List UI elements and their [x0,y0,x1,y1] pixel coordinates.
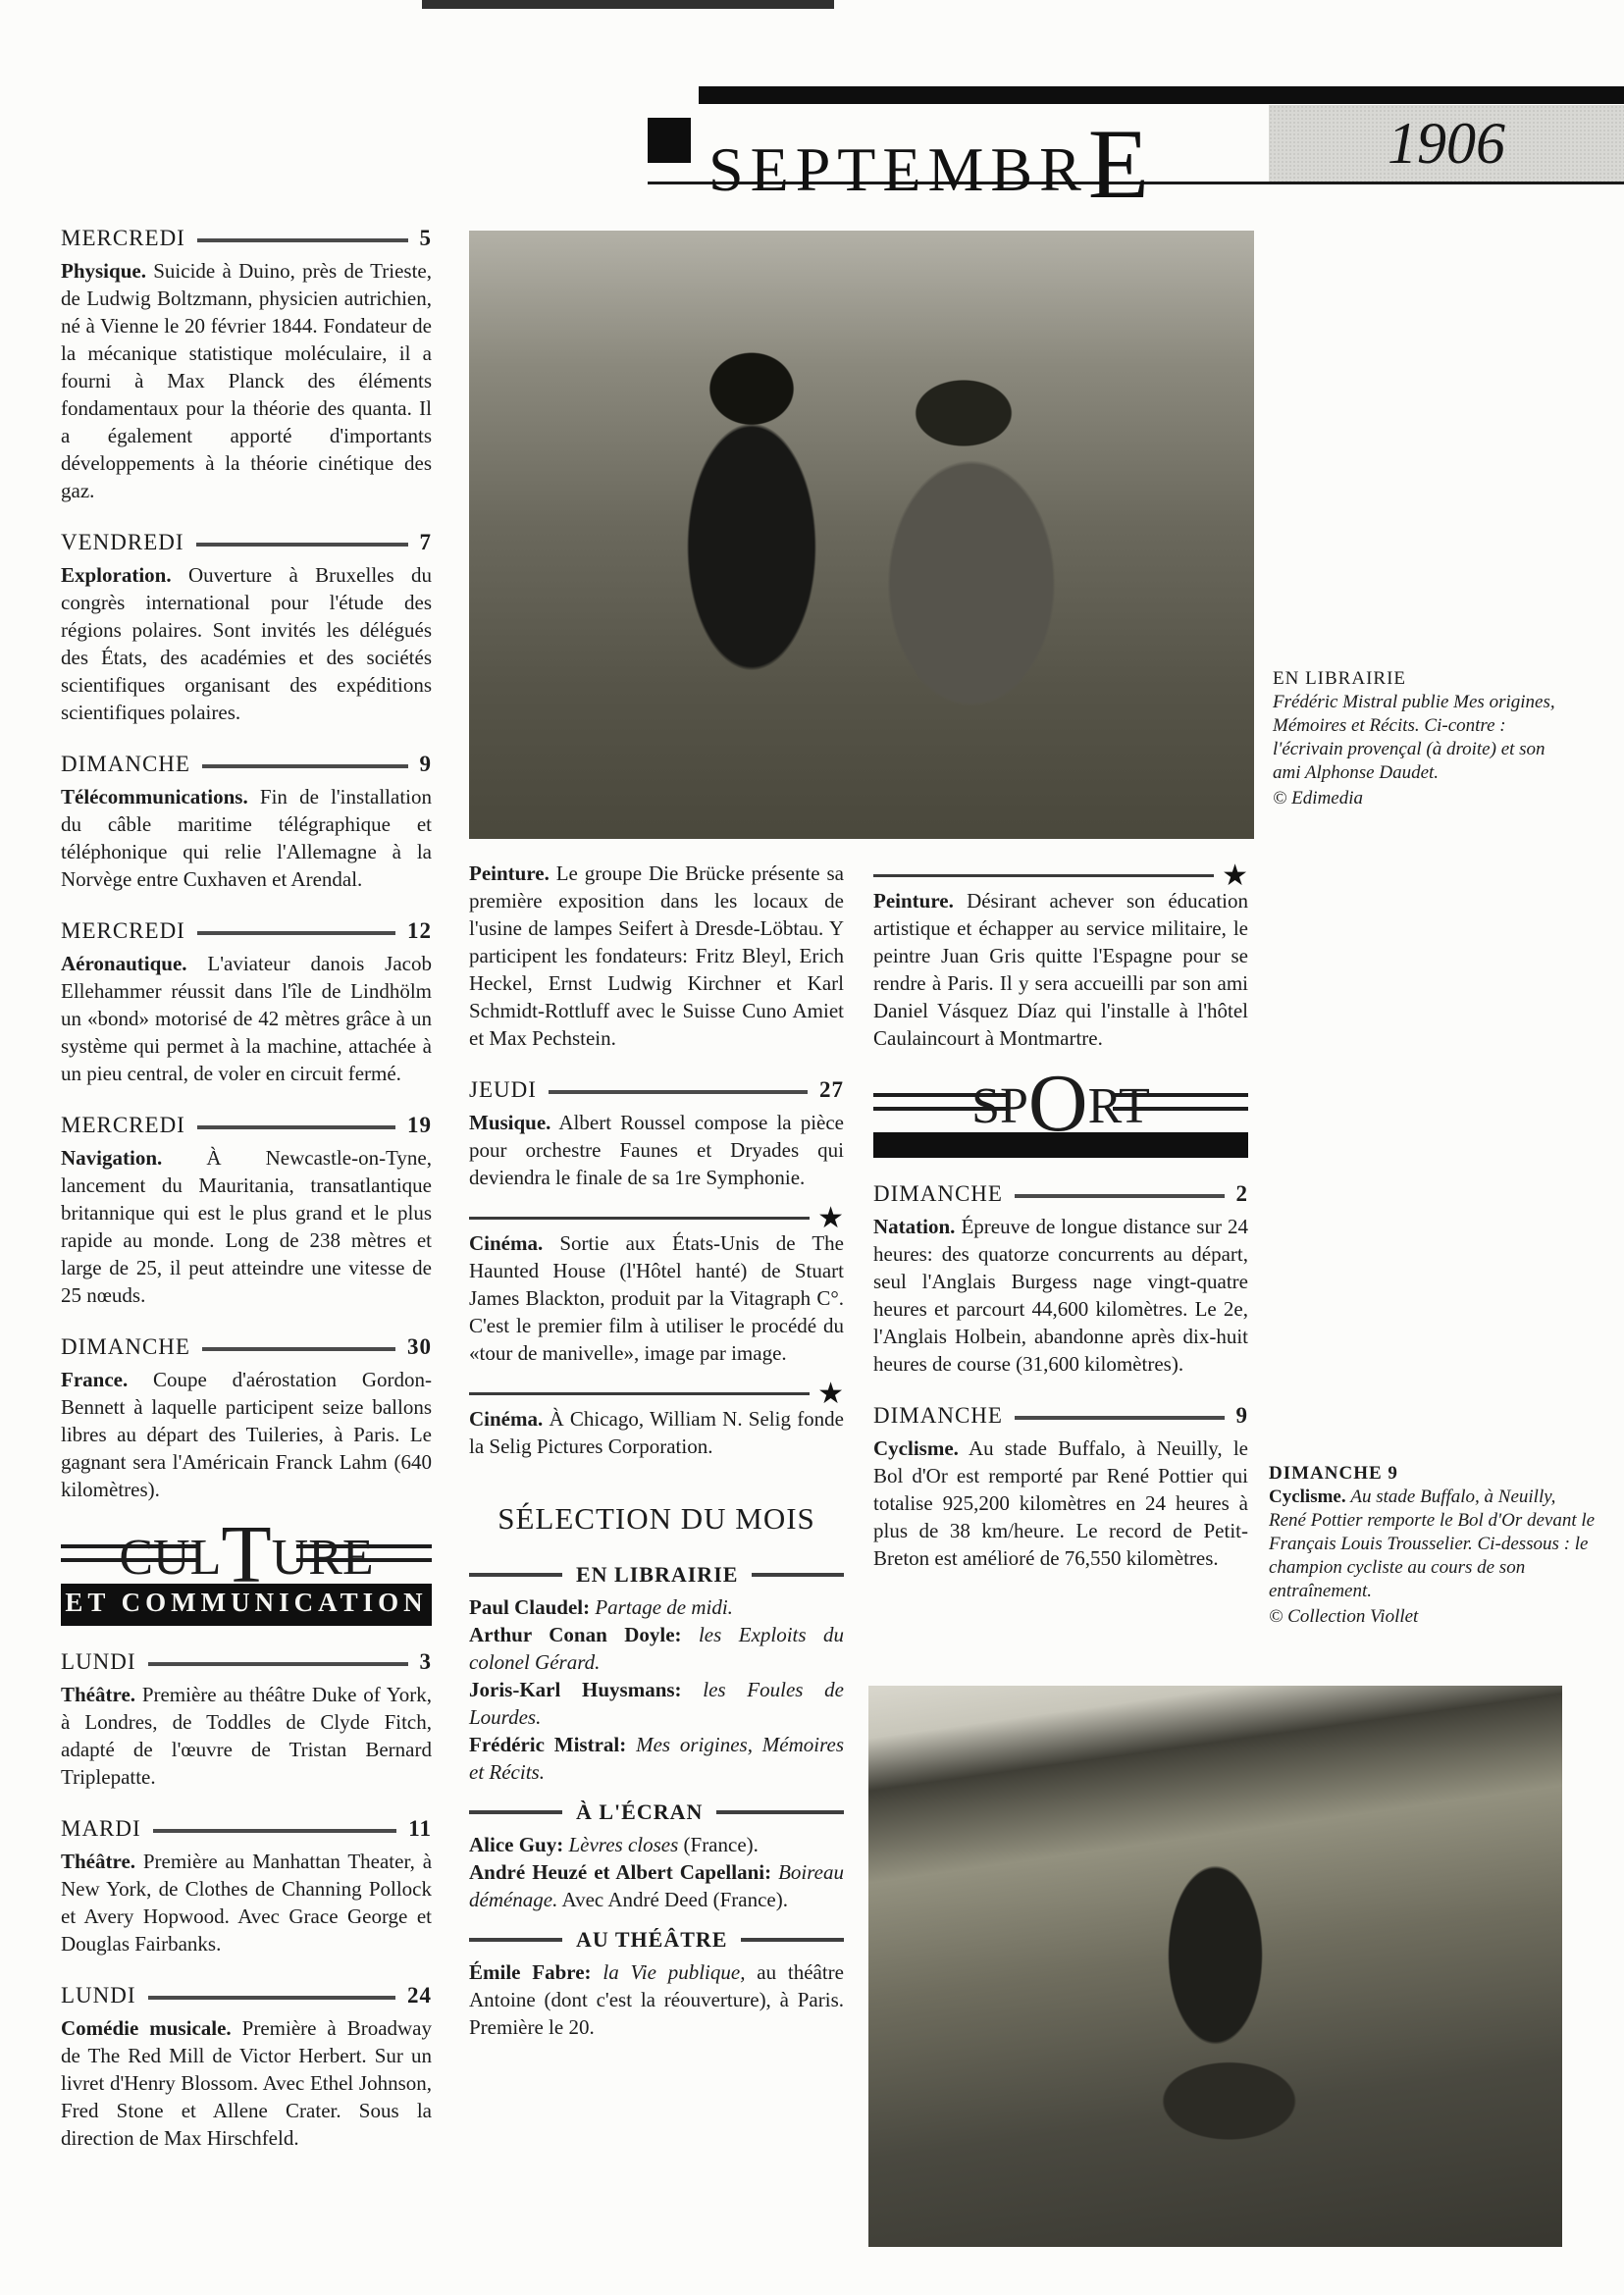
event-topic: Peinture. [873,889,954,913]
selection-subheading: À L'ÉCRAN [469,1799,844,1825]
event-entry: DIMANCHE 9 Télécommunications. Fin de l'… [61,752,432,893]
day-name: LUNDI [61,1649,136,1675]
film-item: Alice Guy: Lèvres closes (France). [469,1831,844,1858]
day-rule [1015,1194,1225,1198]
event-topic: Comédie musicale. [61,2016,232,2040]
month-title: SEPTEMBR [708,134,1088,204]
day-heading: MERCREDI 5 [61,226,432,251]
day-number: 24 [407,1983,432,2008]
sport-title: SPORT [971,1081,1150,1132]
selection-subheading-label: À L'ÉCRAN [576,1799,703,1825]
day-name: DIMANCHE [873,1403,1003,1429]
event-text: Peinture. Le groupe Die Brücke présente … [469,860,844,1052]
film-rest: (France). [678,1833,759,1856]
book-author: Paul Claudel: [469,1595,590,1619]
book-author: Arthur Conan Doyle: [469,1623,682,1646]
day-number: 19 [407,1113,432,1138]
film-rest: Avec André Deed (France). [557,1888,788,1911]
rule-line [469,1217,810,1220]
day-rule [148,1662,408,1666]
event-text: Aéronautique. L'aviateur danois Jacob El… [61,950,432,1087]
event-entry: Cinéma. Sortie aux États-Unis de The Hau… [469,1229,844,1367]
day-rule [148,1996,395,2000]
event-topic: Théâtre. [61,1850,135,1873]
event-entry: Cinéma. À Chicago, William N. Selig fond… [469,1405,844,1460]
sport-banner: SPORT [873,1081,1248,1158]
caption-label: EN LIBRAIRIE [1273,667,1567,691]
day-name: MERCREDI [61,226,185,251]
book-item: Joris-Karl Huysmans: les Foules de Lourd… [469,1676,844,1731]
selection-subheading-label: EN LIBRAIRIE [576,1562,738,1588]
rule-line [469,1810,562,1814]
film-item: André Heuzé et Albert Capellani: Boireau… [469,1858,844,1913]
day-name: MERCREDI [61,1113,185,1138]
day-heading: VENDREDI 7 [61,530,432,555]
event-body: À Newcastle-on-Tyne, lancement du Maurit… [61,1146,432,1307]
event-text: Théâtre. Première au Manhattan Theater, … [61,1848,432,1957]
culture-banner: CULTURE ET COMMUNICATION [61,1533,432,1626]
photo-mistral-daudet [469,231,1254,839]
caption-credit: © Edimedia [1273,787,1567,810]
day-number: 12 [407,918,432,944]
day-name: DIMANCHE [61,1334,190,1360]
event-body: Le groupe Die Brücke présente sa premièr… [469,861,844,1050]
event-entry: MERCREDI 12 Aéronautique. L'aviateur dan… [61,918,432,1087]
event-entry: Peinture. Le groupe Die Brücke présente … [469,860,844,1052]
caption-lead: Cyclisme. [1269,1487,1346,1507]
day-name: LUNDI [61,1983,136,2008]
event-body: Suicide à Duino, près de Trieste, de Lud… [61,259,432,502]
day-heading: LUNDI 24 [61,1983,432,2008]
event-topic: Aéronautique. [61,952,187,975]
event-topic: Télécommunications. [61,785,248,808]
event-body: Ouverture à Bruxelles du congrès interna… [61,563,432,724]
day-heading: MERCREDI 19 [61,1113,432,1138]
event-entry: MERCREDI 19 Navigation. À Newcastle-on-T… [61,1113,432,1309]
day-rule [1015,1416,1225,1420]
book-item: Arthur Conan Doyle: les Exploits du colo… [469,1621,844,1676]
event-text: Théâtre. Première au théâtre Duke of Yor… [61,1681,432,1791]
film-title: Lèvres closes [568,1833,678,1856]
month-square-icon [648,118,691,163]
event-text: Télécommunications. Fin de l'installatio… [61,783,432,893]
day-number: 9 [1236,1403,1249,1429]
star-rule: ★ [469,1392,844,1395]
page-title: SEPTEMBRE [708,108,1149,208]
day-rule [153,1829,397,1833]
event-topic: France. [61,1368,128,1391]
event-topic: Théâtre. [61,1683,135,1706]
photo-caption-librairie: EN LIBRAIRIE Frédéric Mistral publie Mes… [1273,667,1567,810]
day-name: VENDREDI [61,530,184,555]
header-black-bar [699,86,1624,104]
book-author: Joris-Karl Huysmans: [469,1678,682,1701]
event-topic: Navigation. [61,1146,162,1170]
day-heading: LUNDI 3 [61,1649,432,1675]
event-topic: Natation. [873,1215,955,1238]
theatre-title: la Vie publique, [602,1960,745,1984]
selection-title: SÉLECTION DU MOIS [469,1501,844,1537]
day-name: MARDI [61,1816,141,1842]
rule-line [752,1573,844,1577]
day-heading: JEUDI 27 [469,1077,844,1103]
day-number: 30 [407,1334,432,1360]
event-entry: DIMANCHE 30 France. Coupe d'aérostation … [61,1334,432,1503]
theatre-author: Émile Fabre: [469,1960,592,1984]
film-author: André Heuzé et Albert Capellani: [469,1860,771,1884]
rule-line [873,874,1214,877]
day-rule [197,1125,395,1129]
event-text: Peinture. Désirant achever son éducation… [873,887,1248,1052]
event-entry: DIMANCHE 9 Cyclisme. Au stade Buffalo, à… [873,1403,1248,1572]
event-topic: Cyclisme. [873,1436,959,1460]
event-entry: Peinture. Désirant achever son éducation… [873,887,1248,1052]
event-text: Natation. Épreuve de longue distance sur… [873,1213,1248,1378]
day-number: 5 [420,226,433,251]
event-entry: JEUDI 27 Musique. Albert Roussel compose… [469,1077,844,1191]
day-number: 27 [819,1077,844,1103]
event-entry: MERCREDI 5 Physique. Suicide à Duino, pr… [61,226,432,504]
event-entry: LUNDI 24 Comédie musicale. Première à Br… [61,1983,432,2152]
rule-line [741,1938,844,1942]
day-rule [197,238,408,242]
photo-cyclist-pottier [868,1686,1562,2247]
event-entry: MARDI 11 Théâtre. Première au Manhattan … [61,1816,432,1957]
selection-subheading: AU THÉÂTRE [469,1927,844,1953]
day-name: JEUDI [469,1077,537,1103]
left-column: MERCREDI 5 Physique. Suicide à Duino, pr… [61,226,432,2177]
day-rule [197,931,395,935]
year-label: 1906 [1388,110,1505,178]
day-name: MERCREDI [61,918,185,944]
event-text: Cinéma. Sortie aux États-Unis de The Hau… [469,1229,844,1367]
film-author: Alice Guy: [469,1833,563,1856]
day-number: 3 [420,1649,433,1675]
event-text: Cinéma. À Chicago, William N. Selig fond… [469,1405,844,1460]
year-badge: 1906 [1269,105,1624,183]
culture-title-part: CUL [119,1530,221,1586]
day-heading: DIMANCHE 30 [61,1334,432,1360]
rule-line [716,1810,844,1814]
day-name: DIMANCHE [873,1181,1003,1207]
page-top-bleed [422,0,834,9]
right-column: ★ Peinture. Désirant achever son éducati… [873,874,1248,1597]
event-topic: Physique. [61,259,146,283]
caption-text: Cyclisme. Au stade Buffalo, à Neuilly, R… [1269,1486,1598,1603]
star-rule: ★ [469,1217,844,1220]
event-entry: DIMANCHE 2 Natation. Épreuve de longue d… [873,1181,1248,1378]
event-text: Physique. Suicide à Duino, près de Tries… [61,257,432,504]
day-rule [202,1347,395,1351]
day-number: 11 [408,1816,432,1842]
rule-line [469,1938,562,1942]
event-topic: Exploration. [61,563,172,587]
culture-title-big-letter: T [221,1509,271,1600]
event-entry: LUNDI 3 Théâtre. Première au théâtre Duk… [61,1649,432,1791]
culture-title-part: URE [272,1530,374,1586]
theatre-item: Émile Fabre: la Vie publique, au théâtre… [469,1958,844,2041]
day-number: 2 [1236,1181,1249,1207]
selection-subheading: EN LIBRAIRIE [469,1562,844,1588]
event-text: Navigation. À Newcastle-on-Tyne, lanceme… [61,1144,432,1309]
culture-title: CULTURE [119,1533,373,1584]
rule-line [469,1392,810,1395]
day-rule [549,1090,808,1094]
month-title-big-letter: E [1088,109,1149,220]
event-text: Musique. Albert Roussel compose la pièce… [469,1109,844,1191]
caption-credit: © Collection Viollet [1269,1605,1598,1629]
event-topic: Peinture. [469,861,550,885]
book-item: Frédéric Mistral: Mes origines, Mémoires… [469,1731,844,1786]
day-rule [196,543,408,547]
event-entry: VENDREDI 7 Exploration. Ouverture à Brux… [61,530,432,726]
event-topic: Musique. [469,1111,550,1134]
day-heading: MARDI 11 [61,1816,432,1842]
sport-title-part: SP [971,1078,1028,1134]
event-text: Comédie musicale. Première à Broadway de… [61,2014,432,2152]
day-number: 9 [420,752,433,777]
day-number: 7 [420,530,433,555]
event-topic: Cinéma. [469,1407,543,1431]
almanac-page: SEPTEMBRE 1906 MERCREDI 5 Physique. Suic… [0,0,1624,2295]
selection-subheading-label: AU THÉÂTRE [576,1927,727,1953]
sport-title-part: RT [1088,1078,1150,1134]
event-text: Cyclisme. Au stade Buffalo, à Neuilly, l… [873,1434,1248,1572]
day-heading: DIMANCHE 2 [873,1181,1248,1207]
event-topic: Cinéma. [469,1231,543,1255]
day-heading: MERCREDI 12 [61,918,432,944]
book-author: Frédéric Mistral: [469,1733,626,1756]
event-body: Épreuve de longue distance sur 24 heures… [873,1215,1248,1376]
middle-column: Peinture. Le groupe Die Brücke présente … [469,860,844,2041]
book-item: Paul Claudel: Partage de midi. [469,1593,844,1621]
event-text: Exploration. Ouverture à Bruxelles du co… [61,561,432,726]
sport-title-big-letter: O [1028,1058,1088,1149]
event-text: France. Coupe d'aérostation Gordon-Benne… [61,1366,432,1503]
book-title: Partage de midi. [595,1595,733,1619]
rule-line [469,1573,562,1577]
day-rule [202,764,408,768]
day-name: DIMANCHE [61,752,190,777]
star-rule: ★ [873,874,1248,877]
caption-label: DIMANCHE 9 [1269,1462,1598,1486]
caption-body: Frédéric Mistral publie Mes origines, Mé… [1273,691,1567,785]
day-heading: DIMANCHE 9 [61,752,432,777]
photo-caption-cyclisme: DIMANCHE 9 Cyclisme. Au stade Buffalo, à… [1269,1462,1598,1629]
day-heading: DIMANCHE 9 [873,1403,1248,1429]
event-body: Désirant achever son éducation artistiqu… [873,889,1248,1050]
